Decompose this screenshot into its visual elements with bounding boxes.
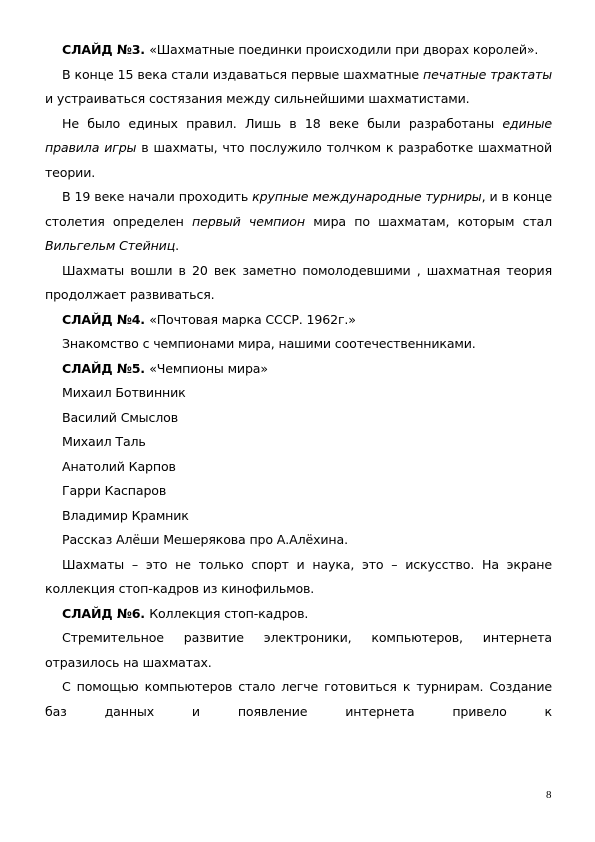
text-run: Стремительное развитие электроники, комп…: [45, 630, 552, 670]
page-number: 8: [546, 789, 552, 801]
paragraph: СЛАЙД №6. Коллекция стоп-кадров.: [45, 602, 552, 627]
slide-heading: СЛАЙД №4.: [62, 312, 149, 327]
paragraph: Шахматы – это не только спорт и наука, э…: [45, 553, 552, 602]
slide-heading: СЛАЙД №3.: [62, 42, 149, 57]
paragraph: В 19 веке начали проходить крупные между…: [45, 185, 552, 259]
paragraph: Михаил Ботвинник: [45, 381, 552, 406]
paragraph: Гарри Каспаров: [45, 479, 552, 504]
paragraph: С помощью компьютеров стало легче готови…: [45, 675, 552, 724]
text-run: Знакомство с чемпионами мира, нашими соо…: [62, 336, 476, 351]
paragraph: Михаил Таль: [45, 430, 552, 455]
text-run: и устраиваться состязания между сильнейш…: [45, 91, 470, 106]
text-run: В 19 веке начали проходить: [62, 189, 252, 204]
paragraph: СЛАЙД №5. «Чемпионы мира»: [45, 357, 552, 382]
text-run: .: [175, 238, 179, 253]
document-page-body: СЛАЙД №3. «Шахматные поединки происходил…: [45, 38, 552, 724]
text-run: Коллекция стоп-кадров.: [149, 606, 308, 621]
text-run: Шахматы – это не только спорт и наука, э…: [45, 557, 552, 597]
text-run: Гарри Каспаров: [62, 483, 166, 498]
paragraph: Шахматы вошли в 20 век заметно помолодев…: [45, 259, 552, 308]
paragraph: Василий Смыслов: [45, 406, 552, 431]
emphasis-text: первый чемпион: [192, 214, 305, 229]
slide-heading: СЛАЙД №5.: [62, 361, 149, 376]
text-run: «Чемпионы мира»: [149, 361, 268, 376]
paragraph: В конце 15 века стали издаваться первые …: [45, 63, 552, 112]
paragraph: СЛАЙД №4. «Почтовая марка СССР. 1962г.»: [45, 308, 552, 333]
text-run: «Почтовая марка СССР. 1962г.»: [149, 312, 356, 327]
text-run: Рассказ Алёши Мешерякова про А.Алёхина.: [62, 532, 348, 547]
text-run: Шахматы вошли в 20 век заметно помолодев…: [45, 263, 552, 303]
text-run: Михаил Таль: [62, 434, 146, 449]
paragraph: Владимир Крамник: [45, 504, 552, 529]
text-run: Анатолий Карпов: [62, 459, 176, 474]
text-run: Не было единых правил. Лишь в 18 веке бы…: [62, 116, 502, 131]
text-run: С помощью компьютеров стало легче готови…: [45, 679, 552, 719]
paragraph: Анатолий Карпов: [45, 455, 552, 480]
text-run: «Шахматные поединки происходили при двор…: [149, 42, 538, 57]
paragraph: Знакомство с чемпионами мира, нашими соо…: [45, 332, 552, 357]
paragraph: Стремительное развитие электроники, комп…: [45, 626, 552, 675]
emphasis-text: крупные международные турниры: [252, 189, 481, 204]
paragraph: СЛАЙД №3. «Шахматные поединки происходил…: [45, 38, 552, 63]
slide-heading: СЛАЙД №6.: [62, 606, 149, 621]
text-run: Василий Смыслов: [62, 410, 178, 425]
emphasis-text: печатные трактаты: [423, 67, 552, 82]
text-run: Владимир Крамник: [62, 508, 189, 523]
paragraph: Не было единых правил. Лишь в 18 веке бы…: [45, 112, 552, 186]
emphasis-text: Вильгельм Стейниц: [45, 238, 175, 253]
text-run: В конце 15 века стали издаваться первые …: [62, 67, 423, 82]
text-run: Михаил Ботвинник: [62, 385, 186, 400]
paragraph: Рассказ Алёши Мешерякова про А.Алёхина.: [45, 528, 552, 553]
text-run: мира по шахматам, которым стал: [305, 214, 552, 229]
